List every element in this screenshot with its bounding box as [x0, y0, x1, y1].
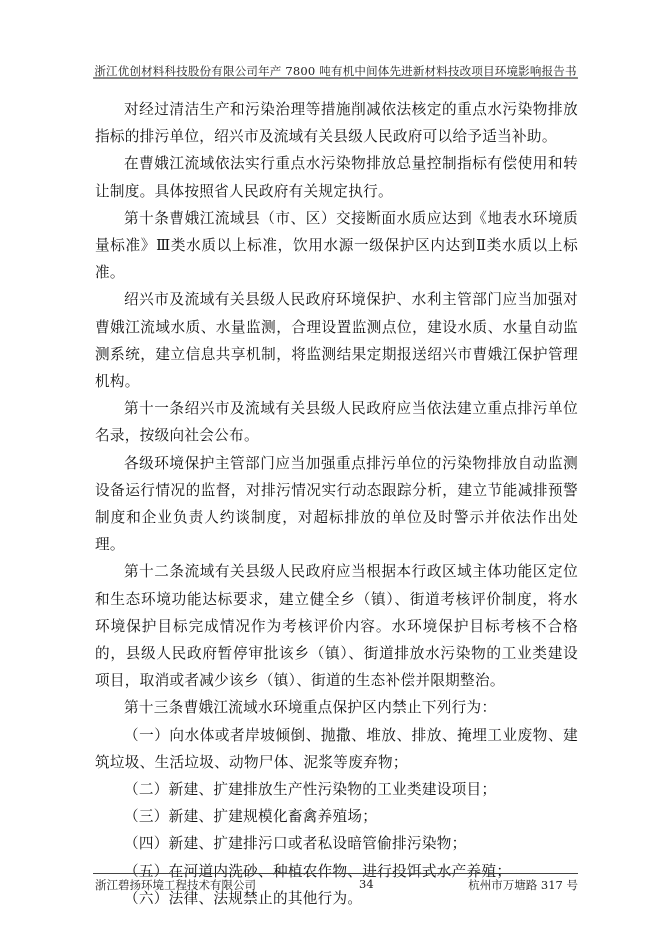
- paragraph-article-12: 第十二条流域有关县级人民政府应当根据本行政区域主体功能区定位和生态环境功能达标要…: [95, 558, 578, 694]
- footer-company: 浙江碧扬环境工程技术有限公司: [95, 877, 256, 893]
- header-divider: [93, 77, 578, 79]
- list-item: （三）新建、扩建规模化畜禽养殖场；: [95, 803, 578, 830]
- footer-divider: [93, 873, 578, 874]
- document-body: 对经过清洁生产和污染治理等措施削减依法核定的重点水污染物排放指标的排污单位，绍兴…: [95, 96, 578, 912]
- page-number: 34: [359, 877, 374, 891]
- footer-address: 杭州市万塘路 317 号: [468, 877, 578, 893]
- list-item: （二）新建、扩建排放生产性污染物的工业类建设项目；: [95, 776, 578, 803]
- paragraph-article-10: 第十条曹娥江流域县（市、区）交接断面水质应达到《地表水环境质量标准》Ⅲ类水质以上…: [95, 205, 578, 287]
- paragraph-article-13: 第十三条曹娥江流域水环境重点保护区内禁止下列行为：: [95, 694, 578, 721]
- paragraph-article-11: 第十一条绍兴市及流域有关县级人民政府应当依法建立重点排污单位名录，按级向社会公布…: [95, 395, 578, 449]
- paragraph: 各级环境保护主管部门应当加强重点排污单位的污染物排放自动监测设备运行情况的监督，…: [95, 450, 578, 559]
- list-item: （一）向水体或者岸坡倾倒、抛撒、堆放、排放、掩埋工业废物、建筑垃圾、生活垃圾、动…: [95, 722, 578, 776]
- paragraph: 绍兴市及流域有关县级人民政府环境保护、水利主管部门应当加强对曹娥江流域水质、水量…: [95, 286, 578, 395]
- list-item: （四）新建、扩建排污口或者私设暗管偷排污染物；: [95, 830, 578, 857]
- paragraph: 对经过清洁生产和污染治理等措施削减依法核定的重点水污染物排放指标的排污单位，绍兴…: [95, 96, 578, 150]
- paragraph: 在曹娥江流域依法实行重点水污染物排放总量控制指标有偿使用和转让制度。具体按照省人…: [95, 150, 578, 204]
